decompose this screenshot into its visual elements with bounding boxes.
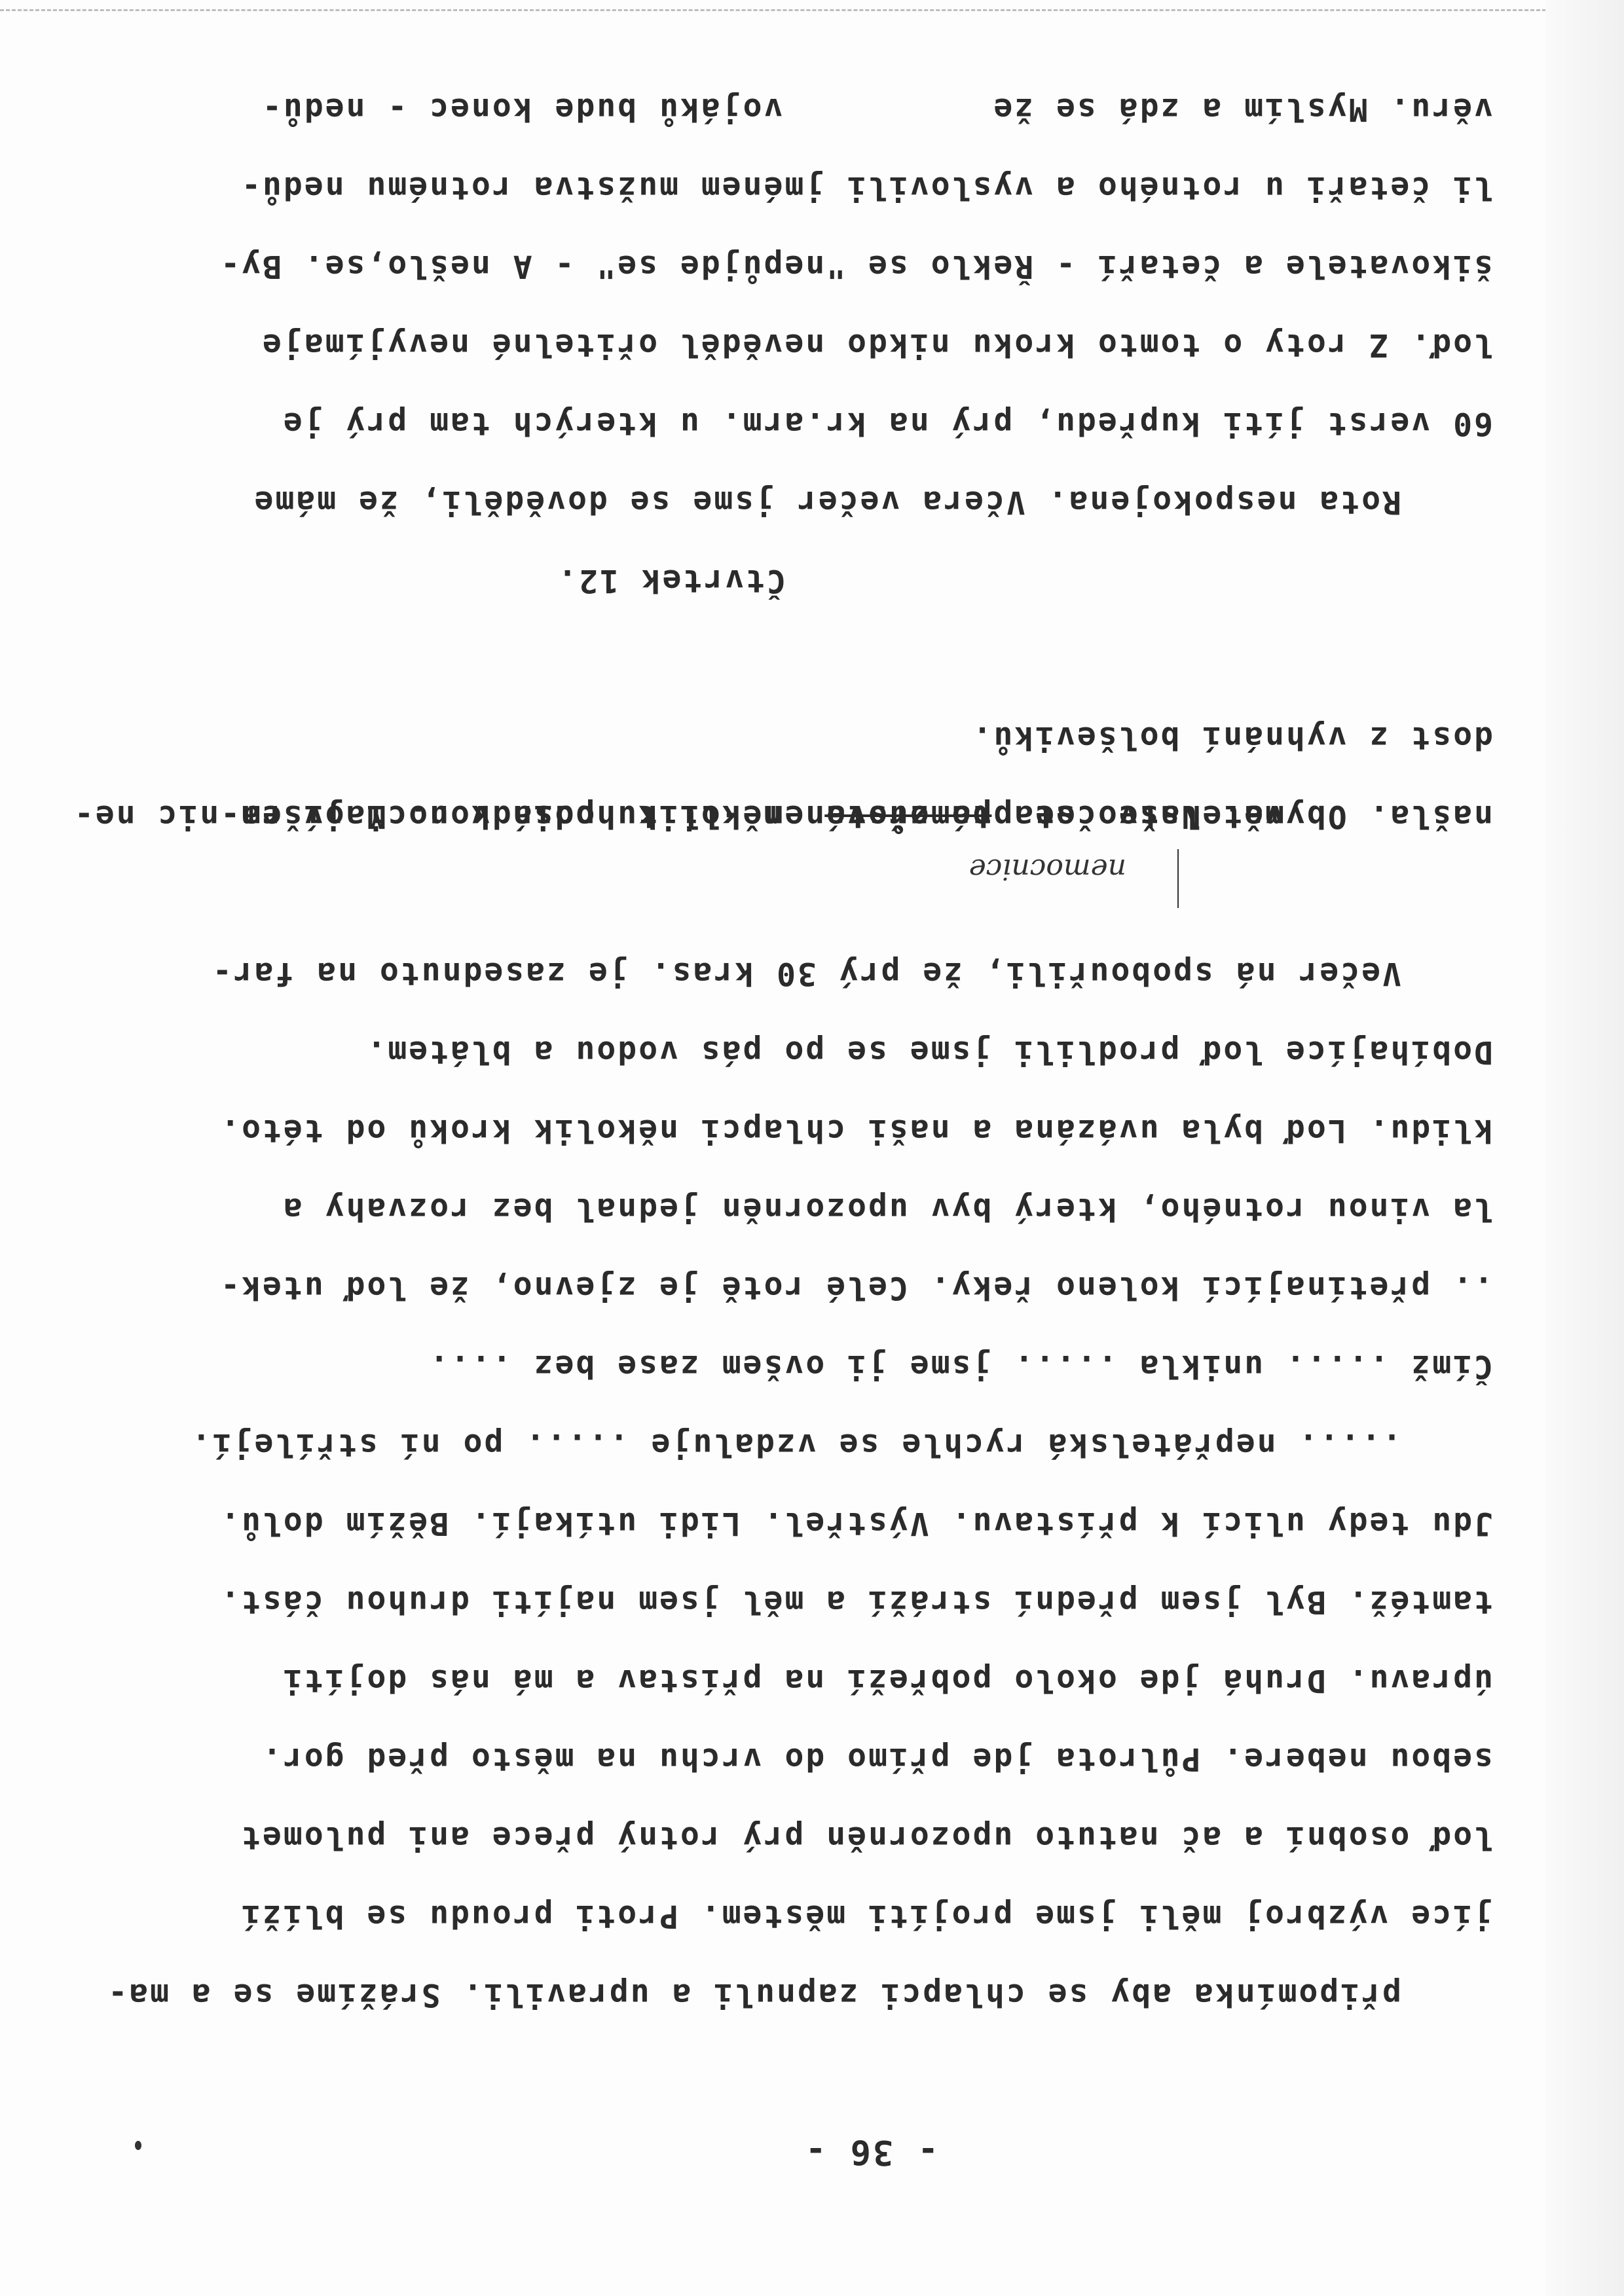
text-line: úpravu. Druhá jde okolo pobřeží na příst… (249, 1641, 1493, 1720)
insertion-mark (1177, 849, 1179, 908)
rotated-page-content: - 36 - připomínka aby se chlapci zapnuli… (0, 0, 1624, 2296)
scanned-page: - 36 - připomínka aby se chlapci zapnuli… (0, 0, 1624, 2296)
paragraph-2: Večer ná spobouřili, že prý 30 kras. je … (249, 699, 1493, 1013)
text-line: Rota nespokojena. Včera večer jsme se do… (249, 463, 1493, 541)
text-line: loď. Z roty o tomto kroku nikdo nevěděl … (249, 306, 1493, 384)
page-number: - 36 - (249, 2132, 1493, 2172)
text-line: tamtéž. Byl jsem přední stráží a měl jse… (249, 1563, 1493, 1641)
ink-speck (135, 2141, 141, 2150)
text-line: dost z vyhnání bolševiků. (249, 699, 1493, 777)
text-line: věru. Myslím a zdá se že vojáků bude kon… (249, 70, 1493, 149)
text-line: Jdu tedy ulicí k přístavu. Výstřel. Lidi… (249, 1484, 1493, 1563)
text-line: našla. Obyvatelstvo se ptá zůstaneme-li … (249, 777, 1493, 856)
text-line: Večer ná spobouřili, že prý 30 kras. je … (249, 934, 1493, 1013)
typewritten-sheet: - 36 - připomínka aby se chlapci zapnuli… (249, 70, 1493, 2172)
text-line: li četaři u rotného a vyslovili jménem m… (249, 149, 1493, 227)
text-line: klidu. Loď byla uvázána a naši chlapci n… (249, 1091, 1493, 1170)
text-line-with-correction: mě. Naše četa pomořové několik hodin v n… (249, 856, 1493, 934)
text-line: šikovatele a četaří - Řeklo se "nepůjde … (249, 227, 1493, 306)
text-line: 60 verst jíti kupředu, prý na kr.arm. u … (249, 384, 1493, 463)
text-line: Dobíhajíce loď prodlili jsme se po pás v… (249, 1013, 1493, 1091)
text-line: sebou nebere. Půlrota jde přímo do vrchu… (249, 1720, 1493, 1798)
paragraph-3: Rota nespokojena. Včera večer jsme se do… (249, 70, 1493, 541)
section-heading: Čtvrtek 12. (249, 541, 1493, 620)
text-line: jíce výzbroj měli jsme projíti městem. P… (249, 1877, 1493, 1956)
handwritten-correction: nemocnice (969, 854, 1126, 883)
text-line: .. přetínající koleno řeky. Celé rotě je… (249, 1248, 1493, 1327)
text-line: ..... nepřátelská rychle se vzdaluje ...… (249, 1406, 1493, 1484)
text-line: la vinou rotného, který byv upozorněn je… (249, 1170, 1493, 1248)
text-line: Čímž ..... unikla ..... jsme ji ovšem za… (249, 1327, 1493, 1406)
text-line: připomínka aby se chlapci zapnuli a upra… (249, 1956, 1493, 2034)
text-line: loď osobní a ač natuto upozorněn prý rot… (249, 1798, 1493, 1877)
paragraph-1: připomínka aby se chlapci zapnuli a upra… (249, 1013, 1493, 2034)
